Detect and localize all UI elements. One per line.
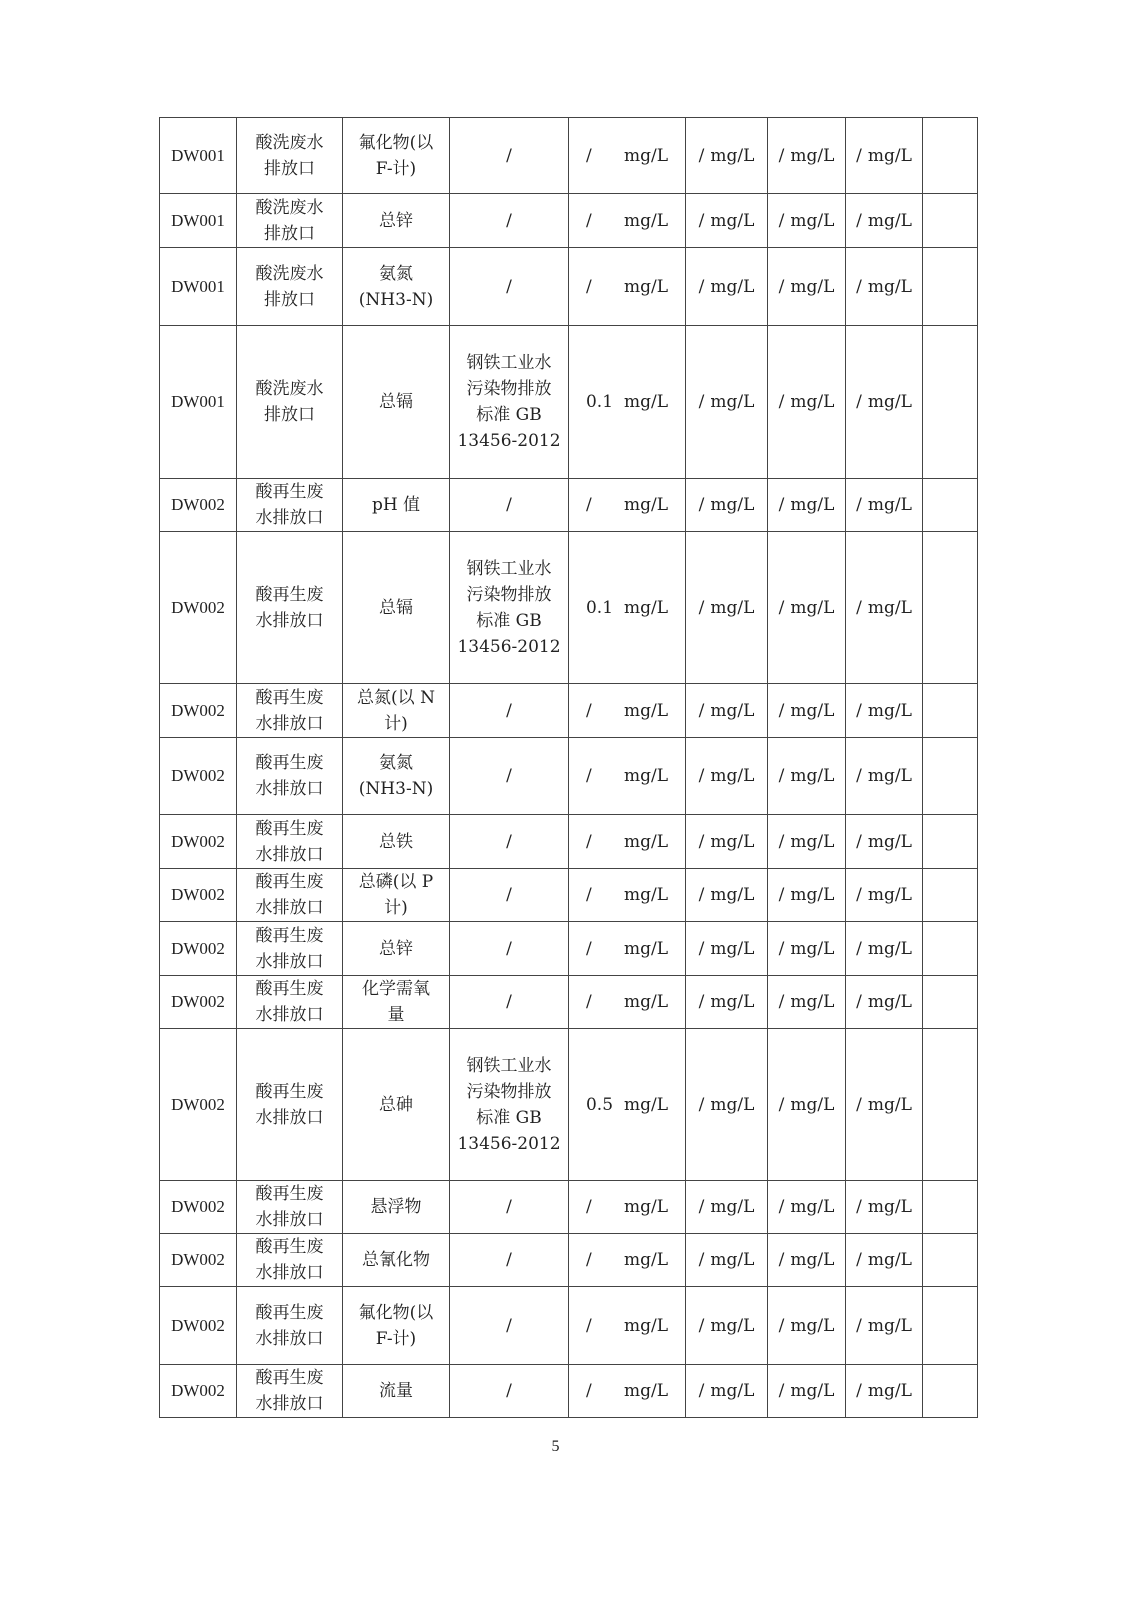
pollutant-cell: 流量 xyxy=(343,1365,450,1418)
value-unit: mg/L xyxy=(710,832,754,852)
pollutant-line: 氨氮 xyxy=(347,750,445,776)
value-number: / xyxy=(856,939,862,959)
value-unit: mg/L xyxy=(624,832,668,852)
value-unit: mg/L xyxy=(790,885,834,905)
conc3-cell: /mg/L xyxy=(846,815,923,869)
outlet-id-cell: DW002 xyxy=(160,1365,237,1418)
value-number: / xyxy=(856,885,862,905)
value-number: / xyxy=(699,277,705,297)
value-number: / xyxy=(586,882,614,908)
conc3-cell: /mg/L xyxy=(846,738,923,815)
table-row: DW002酸再生废水排放口氟化物(以F-计)//mg/L/mg/L/mg/L/m… xyxy=(160,1287,978,1365)
conc1-value: /mg/L xyxy=(699,492,755,518)
value-unit: mg/L xyxy=(710,211,754,231)
value-number: / xyxy=(699,832,705,852)
table-row: DW002酸再生废水排放口总磷(以 P计)//mg/L/mg/L/mg/L/mg… xyxy=(160,869,978,922)
pollutant-line: 计) xyxy=(347,895,445,921)
value-unit: mg/L xyxy=(710,495,754,515)
table-row: DW002酸再生废水排放口化学需氧量//mg/L/mg/L/mg/L/mg/L xyxy=(160,976,978,1029)
pollutant-line: 总锌 xyxy=(347,208,445,234)
limit-value: /mg/L xyxy=(586,1194,668,1220)
standard-cell: / xyxy=(450,479,569,532)
remarks-cell xyxy=(923,869,978,922)
value-number: / xyxy=(586,492,614,518)
conc3-value: /mg/L xyxy=(856,1313,912,1339)
value-unit: mg/L xyxy=(790,1316,834,1336)
conc2-value: /mg/L xyxy=(779,1092,835,1118)
standard-line: 标准 GB xyxy=(454,608,564,634)
remarks-cell xyxy=(923,738,978,815)
conc2-cell: /mg/L xyxy=(768,1365,846,1418)
remarks-cell xyxy=(923,1287,978,1365)
conc3-value: /mg/L xyxy=(856,936,912,962)
value-unit: mg/L xyxy=(624,1316,668,1336)
conc1-cell: /mg/L xyxy=(686,194,768,248)
outlet-name-cell: 酸再生废水排放口 xyxy=(237,1029,343,1181)
table-row: DW002酸再生废水排放口总氰化物//mg/L/mg/L/mg/L/mg/L xyxy=(160,1234,978,1287)
outlet-id-cell: DW002 xyxy=(160,1234,237,1287)
limit-value: /mg/L xyxy=(586,274,668,300)
value-unit: mg/L xyxy=(624,211,668,231)
conc3-cell: /mg/L xyxy=(846,532,923,684)
conc3-cell: /mg/L xyxy=(846,1365,923,1418)
standard-cell: / xyxy=(450,684,569,738)
value-number: / xyxy=(856,992,862,1012)
conc3-cell: /mg/L xyxy=(846,1181,923,1234)
value-unit: mg/L xyxy=(624,1250,668,1270)
value-unit: mg/L xyxy=(868,885,912,905)
limit-value: /mg/L xyxy=(586,882,668,908)
outlet-id-cell: DW002 xyxy=(160,1181,237,1234)
pollutant-line: 总氰化物 xyxy=(347,1247,445,1273)
outlet-id-cell: DW002 xyxy=(160,1029,237,1181)
conc2-cell: /mg/L xyxy=(768,1029,846,1181)
standard-line: / xyxy=(454,208,564,234)
value-number: / xyxy=(856,1381,862,1401)
conc1-cell: /mg/L xyxy=(686,869,768,922)
pollutant-line: (NH3-N) xyxy=(347,287,445,313)
standard-line: 13456-2012 xyxy=(454,1131,564,1157)
limit-cell: /mg/L xyxy=(569,1365,686,1418)
value-number: / xyxy=(856,832,862,852)
pollutant-cell: 总锌 xyxy=(343,922,450,976)
conc3-cell: /mg/L xyxy=(846,479,923,532)
pollutant-line: 氨氮 xyxy=(347,261,445,287)
outlet-line: 排放口 xyxy=(241,287,338,313)
remarks-cell xyxy=(923,194,978,248)
limit-value: /mg/L xyxy=(586,698,668,724)
table-row: DW001酸洗废水排放口氨氮(NH3-N)//mg/L/mg/L/mg/L/mg… xyxy=(160,248,978,326)
value-unit: mg/L xyxy=(790,766,834,786)
conc2-cell: /mg/L xyxy=(768,248,846,326)
value-number: / xyxy=(586,936,614,962)
value-number: / xyxy=(779,701,785,721)
conc2-value: /mg/L xyxy=(779,989,835,1015)
outlet-line: 水排放口 xyxy=(241,1105,338,1131)
limit-cell: /mg/L xyxy=(569,1287,686,1365)
value-unit: mg/L xyxy=(710,1197,754,1217)
pollutant-cell: pH 值 xyxy=(343,479,450,532)
value-number: / xyxy=(779,939,785,959)
outlet-name-cell: 酸洗废水排放口 xyxy=(237,194,343,248)
value-number: / xyxy=(779,1316,785,1336)
outlet-line: 排放口 xyxy=(241,156,338,182)
conc2-cell: /mg/L xyxy=(768,479,846,532)
value-number: / xyxy=(779,598,785,618)
value-unit: mg/L xyxy=(790,1095,834,1115)
limit-cell: 0.1mg/L xyxy=(569,532,686,684)
value-unit: mg/L xyxy=(868,598,912,618)
outlet-line: 酸再生废 xyxy=(241,923,338,949)
conc3-cell: /mg/L xyxy=(846,1234,923,1287)
outlet-line: 水排放口 xyxy=(241,776,338,802)
conc3-cell: /mg/L xyxy=(846,869,923,922)
standard-line: / xyxy=(454,936,564,962)
outlet-id-cell: DW001 xyxy=(160,118,237,194)
value-number: / xyxy=(699,1381,705,1401)
value-number: / xyxy=(856,146,862,166)
outlet-id-cell: DW002 xyxy=(160,684,237,738)
value-number: / xyxy=(779,832,785,852)
standard-cell: / xyxy=(450,248,569,326)
value-unit: mg/L xyxy=(624,766,668,786)
value-number: / xyxy=(856,766,862,786)
value-number: / xyxy=(779,885,785,905)
value-number: / xyxy=(779,1095,785,1115)
standard-cell: / xyxy=(450,1365,569,1418)
outlet-name-cell: 酸再生废水排放口 xyxy=(237,815,343,869)
outlet-line: 排放口 xyxy=(241,221,338,247)
value-number: / xyxy=(779,146,785,166)
conc2-cell: /mg/L xyxy=(768,194,846,248)
value-unit: mg/L xyxy=(624,992,668,1012)
conc2-value: /mg/L xyxy=(779,829,835,855)
conc2-cell: /mg/L xyxy=(768,326,846,479)
value-number: / xyxy=(586,143,614,169)
pollutant-cell: 总砷 xyxy=(343,1029,450,1181)
outlet-line: 水排放口 xyxy=(241,608,338,634)
outlet-name-cell: 酸再生废水排放口 xyxy=(237,1365,343,1418)
value-unit: mg/L xyxy=(868,766,912,786)
outlet-line: 酸洗废水 xyxy=(241,376,338,402)
table-row: DW001酸洗废水排放口总镉钢铁工业水污染物排放标准 GB13456-20120… xyxy=(160,326,978,479)
conc3-cell: /mg/L xyxy=(846,976,923,1029)
value-number: / xyxy=(779,277,785,297)
standard-line: / xyxy=(454,1247,564,1273)
limit-value: 0.5mg/L xyxy=(586,1092,668,1118)
conc3-value: /mg/L xyxy=(856,389,912,415)
value-unit: mg/L xyxy=(868,495,912,515)
standard-line: / xyxy=(454,763,564,789)
conc2-cell: /mg/L xyxy=(768,738,846,815)
conc2-value: /mg/L xyxy=(779,143,835,169)
conc1-cell: /mg/L xyxy=(686,479,768,532)
pollutant-line: 氟化物(以 xyxy=(347,130,445,156)
outlet-line: 水排放口 xyxy=(241,1207,338,1233)
limit-cell: /mg/L xyxy=(569,922,686,976)
standard-cell: / xyxy=(450,869,569,922)
standard-line: 污染物排放 xyxy=(454,582,564,608)
outlet-line: 水排放口 xyxy=(241,505,338,531)
pollutant-line: 悬浮物 xyxy=(347,1194,445,1220)
conc2-value: /mg/L xyxy=(779,208,835,234)
standard-cell: 钢铁工业水污染物排放标准 GB13456-2012 xyxy=(450,326,569,479)
pollutant-line: 总氮(以 N xyxy=(347,685,445,711)
conc2-value: /mg/L xyxy=(779,1194,835,1220)
outlet-line: 酸洗废水 xyxy=(241,261,338,287)
conc1-value: /mg/L xyxy=(699,274,755,300)
value-number: / xyxy=(856,495,862,515)
value-unit: mg/L xyxy=(710,1381,754,1401)
value-unit: mg/L xyxy=(710,701,754,721)
conc3-value: /mg/L xyxy=(856,143,912,169)
value-number: / xyxy=(699,701,705,721)
conc2-cell: /mg/L xyxy=(768,976,846,1029)
outlet-line: 水排放口 xyxy=(241,895,338,921)
standard-line: / xyxy=(454,143,564,169)
value-unit: mg/L xyxy=(790,1381,834,1401)
limit-value: /mg/L xyxy=(586,208,668,234)
discharge-limits-table: DW001酸洗废水排放口氟化物(以F-计)//mg/L/mg/L/mg/L/mg… xyxy=(159,117,978,1418)
outlet-line: 酸再生废 xyxy=(241,816,338,842)
value-unit: mg/L xyxy=(868,832,912,852)
conc2-value: /mg/L xyxy=(779,492,835,518)
pollutant-cell: 总铁 xyxy=(343,815,450,869)
value-number: / xyxy=(856,392,862,412)
outlet-line: 酸再生废 xyxy=(241,1234,338,1260)
standard-cell: / xyxy=(450,1287,569,1365)
pollutant-line: (NH3-N) xyxy=(347,776,445,802)
outlet-name-cell: 酸洗废水排放口 xyxy=(237,326,343,479)
pollutant-cell: 总磷(以 P计) xyxy=(343,869,450,922)
conc1-value: /mg/L xyxy=(699,1378,755,1404)
conc3-value: /mg/L xyxy=(856,1092,912,1118)
limit-cell: /mg/L xyxy=(569,738,686,815)
standard-line: 钢铁工业水 xyxy=(454,350,564,376)
table-row: DW002酸再生废水排放口总铁//mg/L/mg/L/mg/L/mg/L xyxy=(160,815,978,869)
table-row: DW002酸再生废水排放口氨氮(NH3-N)//mg/L/mg/L/mg/L/m… xyxy=(160,738,978,815)
conc2-cell: /mg/L xyxy=(768,1234,846,1287)
value-number: / xyxy=(699,1250,705,1270)
remarks-cell xyxy=(923,532,978,684)
value-number: / xyxy=(779,1250,785,1270)
conc3-value: /mg/L xyxy=(856,882,912,908)
conc2-cell: /mg/L xyxy=(768,869,846,922)
conc1-cell: /mg/L xyxy=(686,118,768,194)
value-unit: mg/L xyxy=(624,495,668,515)
remarks-cell xyxy=(923,1234,978,1287)
conc1-value: /mg/L xyxy=(699,143,755,169)
conc2-cell: /mg/L xyxy=(768,815,846,869)
conc3-cell: /mg/L xyxy=(846,118,923,194)
pollutant-line: pH 值 xyxy=(347,492,445,518)
remarks-cell xyxy=(923,479,978,532)
outlet-id-cell: DW002 xyxy=(160,479,237,532)
outlet-line: 酸再生废 xyxy=(241,1181,338,1207)
value-number: 0.1 xyxy=(586,389,614,415)
value-unit: mg/L xyxy=(868,1095,912,1115)
standard-line: / xyxy=(454,1313,564,1339)
outlet-id-cell: DW002 xyxy=(160,1287,237,1365)
conc1-cell: /mg/L xyxy=(686,1365,768,1418)
outlet-id-cell: DW002 xyxy=(160,532,237,684)
outlet-id-cell: DW002 xyxy=(160,976,237,1029)
outlet-name-cell: 酸洗废水排放口 xyxy=(237,118,343,194)
limit-cell: /mg/L xyxy=(569,118,686,194)
conc3-value: /mg/L xyxy=(856,763,912,789)
value-number: / xyxy=(586,1247,614,1273)
conc1-value: /mg/L xyxy=(699,1092,755,1118)
limit-cell: /mg/L xyxy=(569,1181,686,1234)
table-row: DW002酸再生废水排放口悬浮物//mg/L/mg/L/mg/L/mg/L xyxy=(160,1181,978,1234)
remarks-cell xyxy=(923,684,978,738)
table-row: DW002酸再生废水排放口总氮(以 N计)//mg/L/mg/L/mg/L/mg… xyxy=(160,684,978,738)
value-unit: mg/L xyxy=(790,832,834,852)
value-unit: mg/L xyxy=(710,598,754,618)
value-number: / xyxy=(586,274,614,300)
conc2-value: /mg/L xyxy=(779,595,835,621)
limit-value: /mg/L xyxy=(586,989,668,1015)
conc1-cell: /mg/L xyxy=(686,684,768,738)
value-number: / xyxy=(699,495,705,515)
conc2-value: /mg/L xyxy=(779,1378,835,1404)
limit-cell: /mg/L xyxy=(569,684,686,738)
limit-value: /mg/L xyxy=(586,1378,668,1404)
value-number: / xyxy=(586,208,614,234)
value-number: / xyxy=(699,598,705,618)
standard-cell: / xyxy=(450,976,569,1029)
value-number: / xyxy=(856,1250,862,1270)
value-number: / xyxy=(856,277,862,297)
conc1-cell: /mg/L xyxy=(686,1287,768,1365)
conc1-value: /mg/L xyxy=(699,936,755,962)
conc3-cell: /mg/L xyxy=(846,194,923,248)
conc2-cell: /mg/L xyxy=(768,922,846,976)
value-number: / xyxy=(586,1194,614,1220)
standard-line: 污染物排放 xyxy=(454,376,564,402)
outlet-name-cell: 酸再生废水排放口 xyxy=(237,922,343,976)
conc1-cell: /mg/L xyxy=(686,248,768,326)
conc1-cell: /mg/L xyxy=(686,1234,768,1287)
value-number: / xyxy=(699,885,705,905)
table-row: DW002酸再生废水排放口总砷钢铁工业水污染物排放标准 GB13456-2012… xyxy=(160,1029,978,1181)
value-unit: mg/L xyxy=(624,1381,668,1401)
standard-line: 钢铁工业水 xyxy=(454,556,564,582)
conc3-cell: /mg/L xyxy=(846,922,923,976)
pollutant-cell: 总氮(以 N计) xyxy=(343,684,450,738)
standard-line: / xyxy=(454,492,564,518)
conc2-cell: /mg/L xyxy=(768,532,846,684)
table-row: DW002酸再生废水排放口总镉钢铁工业水污染物排放标准 GB13456-2012… xyxy=(160,532,978,684)
standard-line: / xyxy=(454,989,564,1015)
outlet-line: 水排放口 xyxy=(241,949,338,975)
pollutant-line: 计) xyxy=(347,711,445,737)
pollutant-line: 化学需氧 xyxy=(347,976,445,1002)
outlet-name-cell: 酸再生废水排放口 xyxy=(237,738,343,815)
outlet-name-cell: 酸再生废水排放口 xyxy=(237,1234,343,1287)
conc2-cell: /mg/L xyxy=(768,118,846,194)
conc2-cell: /mg/L xyxy=(768,684,846,738)
remarks-cell xyxy=(923,1029,978,1181)
pollutant-cell: 总锌 xyxy=(343,194,450,248)
limit-value: /mg/L xyxy=(586,1313,668,1339)
conc1-cell: /mg/L xyxy=(686,532,768,684)
limit-cell: /mg/L xyxy=(569,976,686,1029)
standard-line: 钢铁工业水 xyxy=(454,1053,564,1079)
value-unit: mg/L xyxy=(710,885,754,905)
value-unit: mg/L xyxy=(710,1095,754,1115)
remarks-cell xyxy=(923,1181,978,1234)
standard-line: / xyxy=(454,829,564,855)
value-number: / xyxy=(586,763,614,789)
limit-cell: /mg/L xyxy=(569,248,686,326)
conc1-value: /mg/L xyxy=(699,989,755,1015)
value-unit: mg/L xyxy=(624,1095,668,1115)
value-unit: mg/L xyxy=(790,277,834,297)
value-number: / xyxy=(699,766,705,786)
value-unit: mg/L xyxy=(624,939,668,959)
standard-line: 13456-2012 xyxy=(454,428,564,454)
outlet-line: 酸再生废 xyxy=(241,1365,338,1391)
outlet-id-cell: DW001 xyxy=(160,194,237,248)
outlet-line: 酸洗废水 xyxy=(241,195,338,221)
pollutant-cell: 氟化物(以F-计) xyxy=(343,118,450,194)
conc3-value: /mg/L xyxy=(856,1378,912,1404)
limit-cell: /mg/L xyxy=(569,815,686,869)
value-number: / xyxy=(779,392,785,412)
value-number: / xyxy=(779,495,785,515)
value-unit: mg/L xyxy=(790,598,834,618)
conc2-value: /mg/L xyxy=(779,1313,835,1339)
pollutant-cell: 总氰化物 xyxy=(343,1234,450,1287)
pollutant-line: 量 xyxy=(347,1002,445,1028)
conc1-cell: /mg/L xyxy=(686,922,768,976)
conc3-value: /mg/L xyxy=(856,1247,912,1273)
value-unit: mg/L xyxy=(868,1381,912,1401)
value-unit: mg/L xyxy=(710,992,754,1012)
remarks-cell xyxy=(923,1365,978,1418)
limit-value: /mg/L xyxy=(586,143,668,169)
table-row: DW002酸再生废水排放口pH 值//mg/L/mg/L/mg/L/mg/L xyxy=(160,479,978,532)
value-number: 0.5 xyxy=(586,1092,614,1118)
conc1-cell: /mg/L xyxy=(686,815,768,869)
value-number: / xyxy=(699,1095,705,1115)
outlet-line: 水排放口 xyxy=(241,842,338,868)
standard-line: / xyxy=(454,1194,564,1220)
conc2-value: /mg/L xyxy=(779,274,835,300)
limit-cell: /mg/L xyxy=(569,194,686,248)
outlet-id-cell: DW001 xyxy=(160,248,237,326)
conc3-value: /mg/L xyxy=(856,274,912,300)
standard-line: 13456-2012 xyxy=(454,634,564,660)
value-unit: mg/L xyxy=(624,701,668,721)
value-number: / xyxy=(856,1197,862,1217)
value-number: / xyxy=(856,1316,862,1336)
pollutant-cell: 悬浮物 xyxy=(343,1181,450,1234)
outlet-name-cell: 酸再生废水排放口 xyxy=(237,532,343,684)
outlet-line: 酸洗废水 xyxy=(241,130,338,156)
limit-value: 0.1mg/L xyxy=(586,389,668,415)
value-number: / xyxy=(856,598,862,618)
conc2-cell: /mg/L xyxy=(768,1181,846,1234)
value-unit: mg/L xyxy=(710,939,754,959)
value-unit: mg/L xyxy=(624,146,668,166)
pollutant-line: 总镉 xyxy=(347,595,445,621)
outlet-line: 水排放口 xyxy=(241,711,338,737)
standard-cell: / xyxy=(450,194,569,248)
standard-cell: / xyxy=(450,922,569,976)
value-unit: mg/L xyxy=(790,1197,834,1217)
